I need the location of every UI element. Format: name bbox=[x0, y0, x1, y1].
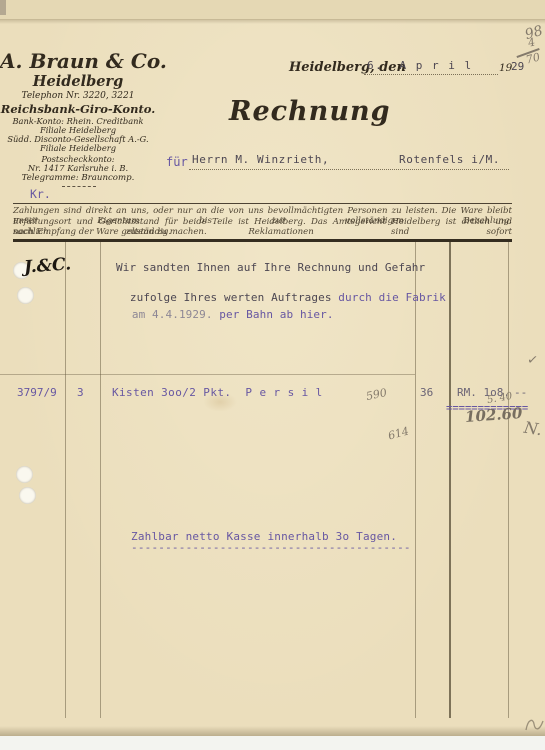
paper-stain bbox=[203, 392, 237, 412]
table-top-rule bbox=[13, 239, 512, 242]
typed-date: 6. A p r i l bbox=[367, 59, 473, 72]
terms-line-3: nach Empfang der Ware geltend zu machen. bbox=[13, 227, 512, 237]
item-unit-count: 36 bbox=[420, 386, 433, 399]
punch-hole-bottom-2 bbox=[19, 487, 36, 504]
telephone-line: Telephon Nr. 3220, 3221 bbox=[0, 91, 156, 101]
table-row-separator bbox=[0, 374, 415, 375]
note-line-1: Wir sandten Ihnen auf Ihre Rechnung und … bbox=[116, 261, 425, 274]
bank-branch-line2: Filiale Heidelberg bbox=[0, 143, 156, 153]
handwritten-initials-stamp: J.&C. bbox=[23, 254, 71, 277]
scan-top-fold-shadow bbox=[0, 19, 545, 24]
pencil-initial: N. bbox=[523, 418, 544, 440]
paper-bottom-shadow bbox=[0, 726, 545, 736]
company-city: Heidelberg bbox=[0, 73, 156, 90]
for-label: für bbox=[166, 155, 188, 169]
scanned-invoice-page: { "letterhead": { "company": "A. Braun &… bbox=[0, 0, 545, 750]
table-column-line-5 bbox=[508, 242, 509, 718]
pencil-note-590: 590 bbox=[365, 386, 388, 403]
table-column-line-1 bbox=[65, 242, 66, 718]
scan-top-fold bbox=[0, 0, 545, 20]
recipient-place: Rotenfels i/M. bbox=[399, 153, 500, 166]
letterhead-divider bbox=[62, 186, 96, 187]
date-ruled-line bbox=[364, 73, 498, 75]
pencil-checkmark: ✓ bbox=[526, 352, 539, 368]
table-column-line-4 bbox=[449, 242, 451, 718]
pencil-note-614: 614 bbox=[387, 425, 411, 443]
invoice-title: Rechnung bbox=[229, 96, 390, 127]
note-line-2-violet: durch die Fabrik bbox=[338, 291, 446, 304]
telegram-line: Telegramme: Brauncomp. bbox=[0, 173, 156, 183]
giro-line: Reichsbank-Giro-Konto. bbox=[0, 102, 156, 116]
pencil-fraction-denominator: 70 bbox=[525, 50, 542, 66]
note-line-3: am 4.4.1929. per Bahn ab hier. bbox=[105, 295, 334, 334]
punch-hole-top-2 bbox=[17, 287, 34, 304]
item-order-number: 3797/9 bbox=[17, 386, 57, 399]
table-column-line-2 bbox=[100, 242, 101, 718]
recipient-ruled-line bbox=[189, 168, 509, 170]
punch-hole-bottom-1 bbox=[16, 466, 33, 483]
item-pfennig: -- bbox=[514, 386, 527, 399]
postscheck-number: Nr. 1417 Karlsruhe i. B. bbox=[0, 163, 156, 173]
note-line-3-faded: am 4.4.1929. bbox=[132, 308, 219, 321]
item-quantity: 3 bbox=[77, 386, 84, 399]
note-line-3-violet: per Bahn ab hier. bbox=[219, 308, 333, 321]
recipient-name: Herrn M. Winzrieth, bbox=[192, 153, 329, 166]
typed-year: 29 bbox=[511, 60, 524, 73]
scan-corner-shadow bbox=[0, 0, 6, 15]
payment-terms-underline: ----------------------------------------… bbox=[131, 541, 411, 554]
terms-top-rule bbox=[13, 203, 512, 204]
company-name: A. Braun & Co. bbox=[0, 49, 156, 73]
pencil-total: 102.60 bbox=[464, 404, 523, 426]
invoice-paper: A. Braun & Co. Heidelberg Telephon Nr. 3… bbox=[0, 0, 545, 736]
kr-annotation: Kr. bbox=[30, 187, 51, 201]
